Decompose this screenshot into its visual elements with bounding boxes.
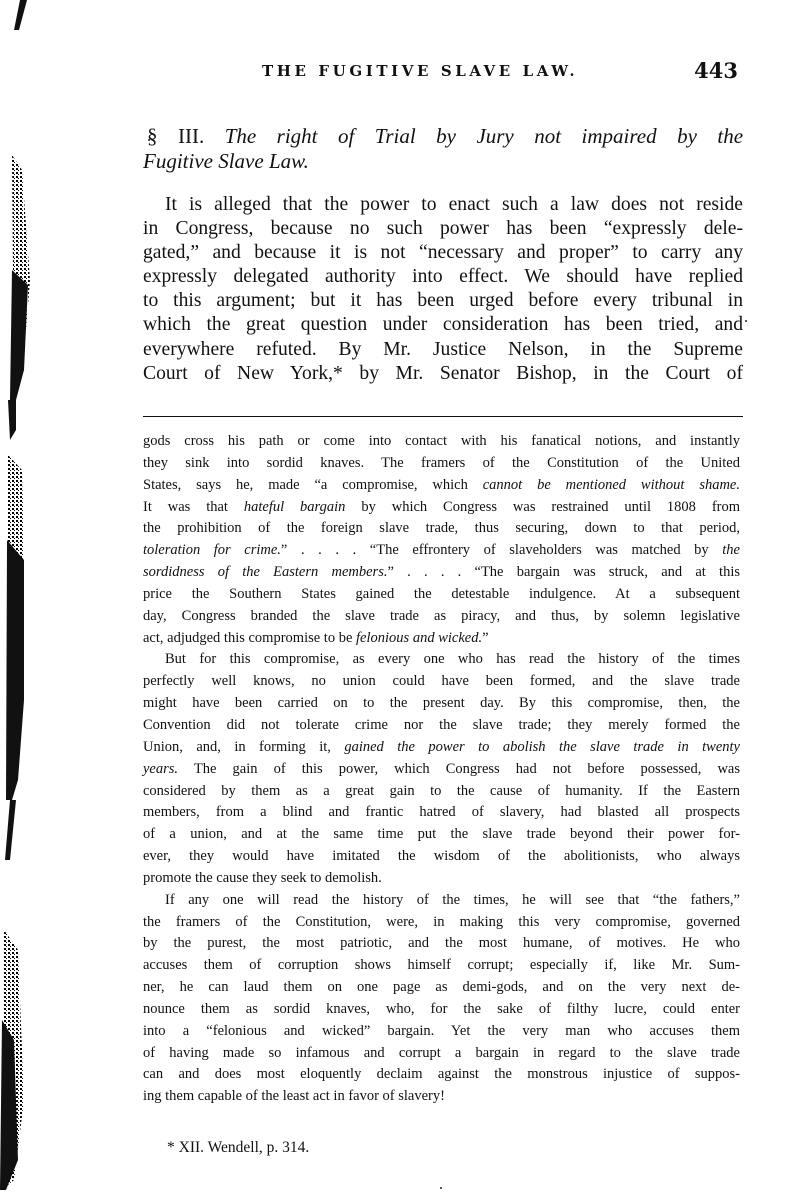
- note-line: price the Southern States gained the det…: [143, 584, 740, 606]
- body-line: in Congress, because no such power has b…: [143, 217, 743, 241]
- note-line: Convention did not tolerate crime nor th…: [143, 715, 740, 737]
- note-line: can and does most eloquently declaim aga…: [143, 1064, 740, 1086]
- binding-shadow: [0, 0, 40, 1200]
- section-heading: § III. The right of Trial by Jury not im…: [143, 124, 743, 174]
- text-run: nounce them as sordid knaves, who, for t…: [143, 1001, 740, 1017]
- text-run: The gain of this power, which Congress h…: [178, 761, 740, 777]
- italic-text: hateful bargain: [244, 499, 346, 515]
- text-run: into a “felonious and wicked” bargain. Y…: [143, 1023, 740, 1039]
- note-line: years. The gain of this power, which Con…: [143, 759, 740, 781]
- text-run: of having made so infamous and corrupt a…: [143, 1045, 740, 1061]
- note-line: States, says he, made “a compromise, whi…: [143, 475, 740, 497]
- text-run: day, Congress branded the slave trade as…: [143, 608, 740, 624]
- text-run: ever, they would have imitated the wisdo…: [143, 848, 740, 864]
- note-line: of having made so infamous and corrupt a…: [143, 1043, 740, 1065]
- scan-speck: [745, 320, 747, 322]
- note-line: act, adjudged this compromise to be felo…: [143, 628, 740, 650]
- text-run: the framers of the Constitution, were, i…: [143, 914, 740, 930]
- note-line: promote the cause they seek to demolish.: [143, 868, 740, 890]
- italic-text: sordidness of the Eastern members.: [143, 564, 387, 580]
- note-line: nounce them as sordid knaves, who, for t…: [143, 999, 740, 1021]
- main-paragraph: It is alleged that the power to enact su…: [143, 193, 743, 386]
- text-run: can and does most eloquently declaim aga…: [143, 1066, 740, 1082]
- text-run: considered by them as a great gain to th…: [143, 783, 740, 799]
- note-line: into a “felonious and wicked” bargain. Y…: [143, 1021, 740, 1043]
- section-number: § III.: [147, 124, 204, 148]
- text-run: ing them capable of the least act in fav…: [143, 1088, 445, 1104]
- note-paragraph-3: If any one will read the history of the …: [143, 890, 740, 1108]
- text-run: promote the cause they seek to demolish.: [143, 870, 382, 886]
- text-run: But for this compromise, as every one wh…: [165, 651, 740, 667]
- body-line: expressly delegated authority into effec…: [143, 265, 743, 289]
- text-run: States, says he, made “a compromise, whi…: [143, 477, 483, 493]
- text-run: It was that: [143, 499, 244, 515]
- section-heading-line-2: Fugitive Slave Law.: [143, 149, 743, 174]
- note-paragraph-2: But for this compromise, as every one wh…: [143, 649, 740, 889]
- scan-speck: [440, 1187, 442, 1189]
- note-line: ing them capable of the least act in fav…: [143, 1086, 740, 1108]
- note-line: It was that hateful bargain by which Con…: [143, 497, 740, 519]
- text-run: price the Southern States gained the det…: [143, 586, 740, 602]
- text-run: ”: [482, 630, 488, 646]
- text-run: by the purest, the most patriotic, and t…: [143, 935, 740, 951]
- note-line: accuses them of corruption shows himself…: [143, 955, 740, 977]
- note-line: If any one will read the history of the …: [143, 890, 740, 912]
- text-run: accuses them of corruption shows himself…: [143, 957, 740, 973]
- note-paragraph-1: gods cross his path or come into contact…: [143, 431, 740, 649]
- note-line: ner, he can laud them on one page as dem…: [143, 977, 740, 999]
- footnote-continuation: gods cross his path or come into contact…: [143, 431, 740, 1108]
- text-run: gods cross his path or come into contact…: [143, 433, 740, 449]
- running-title: THE FUGITIVE SLAVE LAW.: [262, 62, 578, 80]
- note-line: Union, and, in forming it, gained the po…: [143, 737, 740, 759]
- body-line: which the great question under considera…: [143, 313, 743, 337]
- note-line: the framers of the Constitution, were, i…: [143, 912, 740, 934]
- note-line: sordidness of the Eastern members.” . . …: [143, 562, 740, 584]
- italic-text: gained the power to abolish the slave tr…: [344, 739, 740, 755]
- italic-text: felonious and wicked.: [356, 630, 482, 646]
- page-number: 443: [694, 58, 738, 83]
- note-line: day, Congress branded the slave trade as…: [143, 606, 740, 628]
- running-head: THE FUGITIVE SLAVE LAW. 443: [262, 62, 738, 90]
- body-line: to this argument; but it has been urged …: [143, 289, 743, 313]
- section-title-part-2: Fugitive Slave Law.: [143, 149, 309, 173]
- body-line: It is alleged that the power to enact su…: [143, 193, 743, 217]
- note-line: the prohibition of the foreign slave tra…: [143, 518, 740, 540]
- text-run: act, adjudged this compromise to be: [143, 630, 356, 646]
- text-run: of a union, and at the same time put the…: [143, 826, 740, 842]
- text-run: ” . . . . “The bargain was struck, and a…: [387, 564, 740, 580]
- note-line: might have been carried on to the presen…: [143, 693, 740, 715]
- text-run: might have been carried on to the presen…: [143, 695, 740, 711]
- scan-speck: [148, 139, 150, 141]
- italic-text: cannot be mentioned without shame.: [483, 477, 740, 493]
- text-run: perfectly well knows, no union could hav…: [143, 673, 740, 689]
- note-line: gods cross his path or come into contact…: [143, 431, 740, 453]
- text-run: by which Congress was restrained until 1…: [345, 499, 740, 515]
- section-title-part-1: The right of Trial by Jury not impaired …: [225, 124, 743, 148]
- note-line: perfectly well knows, no union could hav…: [143, 671, 740, 693]
- body-line: gated,” and because it is not “necessary…: [143, 241, 743, 265]
- italic-text: years.: [143, 761, 178, 777]
- text-run: Convention did not tolerate crime nor th…: [143, 717, 740, 733]
- note-line: they sink into sordid knaves. The framer…: [143, 453, 740, 475]
- text-run: members, from a blind and frantic hatred…: [143, 804, 740, 820]
- text-run: they sink into sordid knaves. The framer…: [143, 455, 740, 471]
- text-run: the prohibition of the foreign slave tra…: [143, 520, 740, 536]
- note-line: by the purest, the most patriotic, and t…: [143, 933, 740, 955]
- text-run: If any one will read the history of the …: [165, 892, 740, 908]
- note-line: members, from a blind and frantic hatred…: [143, 802, 740, 824]
- text-run: ner, he can laud them on one page as dem…: [143, 979, 740, 995]
- note-line: ever, they would have imitated the wisdo…: [143, 846, 740, 868]
- section-heading-line-1: § III. The right of Trial by Jury not im…: [143, 124, 743, 149]
- body-line: everywhere refuted. By Mr. Justice Nelso…: [143, 338, 743, 362]
- footnote-divider: [143, 416, 743, 417]
- text-run: ” . . . . “The effrontery of slaveholder…: [281, 542, 722, 558]
- text-run: Union, and, in forming it,: [143, 739, 344, 755]
- note-line: toleration for crime.” . . . . “The effr…: [143, 540, 740, 562]
- note-line: But for this compromise, as every one wh…: [143, 649, 740, 671]
- italic-text: toleration for crime.: [143, 542, 281, 558]
- note-line: of a union, and at the same time put the…: [143, 824, 740, 846]
- italic-text: the: [722, 542, 740, 558]
- body-line: Court of New York,* by Mr. Senator Bisho…: [143, 362, 743, 386]
- note-line: considered by them as a great gain to th…: [143, 781, 740, 803]
- footnote-citation: * XII. Wendell, p. 314.: [167, 1139, 309, 1157]
